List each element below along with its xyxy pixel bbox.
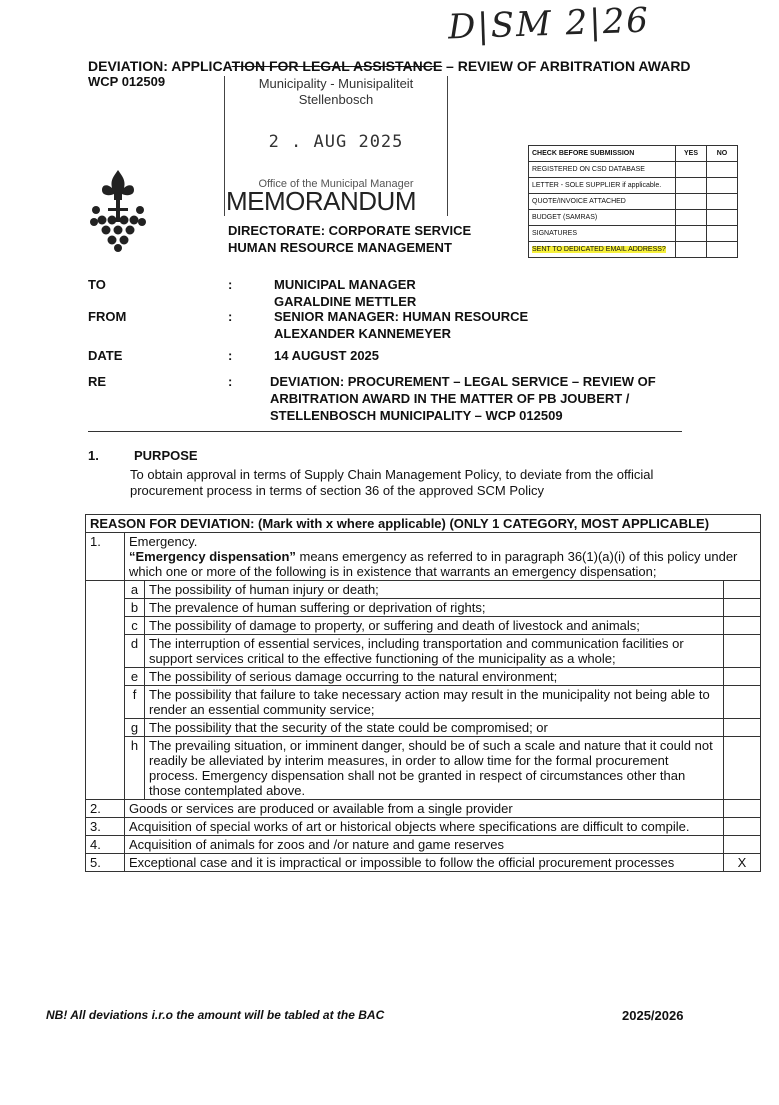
document-title: DEVIATION: APPLICATION FOR LEGAL ASSISTA… (88, 58, 691, 74)
stamp-line-2: Stellenbosch (225, 92, 447, 107)
from-line-2: ALEXANDER KANNEMEYER (274, 325, 528, 342)
checklist-item-cell: SENT TO DEDICATED EMAIL ADDRESS? (529, 242, 676, 258)
checklist-no-cell[interactable] (707, 226, 738, 242)
field-colon: : (228, 347, 232, 364)
title-suffix: – REVIEW OF ARBITRATION AWARD (442, 58, 690, 74)
checklist-row: SIGNATURES (529, 226, 738, 242)
reason-header: REASON FOR DEVIATION: (Mark with x where… (86, 515, 761, 533)
sub-item-text: The possibility that failure to take nec… (145, 686, 724, 719)
checklist-yes-cell[interactable] (676, 226, 707, 242)
checklist-header-row: CHECK BEFORE SUBMISSION YES NO (529, 146, 738, 162)
field-value-date: 14 AUGUST 2025 (274, 347, 379, 364)
reason-text: Exceptional case and it is impractical o… (125, 854, 724, 872)
emergency-title: Emergency. (129, 534, 756, 549)
checklist-no-cell[interactable] (707, 210, 738, 226)
reason-row: 4.Acquisition of animals for zoos and /o… (86, 836, 761, 854)
blank-cell (86, 668, 125, 686)
reason-text: Goods or services are produced or availa… (125, 800, 724, 818)
checklist-yes-cell[interactable] (676, 242, 707, 258)
sub-item-row: dThe interruption of essential services,… (86, 635, 761, 668)
field-label-re: RE (88, 373, 106, 390)
reason-text: Acquisition of animals for zoos and /or … (125, 836, 724, 854)
re-line-3: STELLENBOSCH MUNICIPALITY – WCP 012509 (270, 407, 656, 424)
sub-item-row: aThe possibility of human injury or deat… (86, 581, 761, 599)
emergency-definition: “Emergency dispensation” means emergency… (129, 549, 756, 579)
checklist-yes-cell[interactable] (676, 194, 707, 210)
emergency-term: “Emergency dispensation” (129, 549, 296, 564)
financial-year: 2025/2026 (622, 1008, 683, 1023)
from-line-1: SENIOR MANAGER: HUMAN RESOURCE (274, 308, 528, 325)
mark-cell[interactable] (724, 668, 761, 686)
directorate-line-1: DIRECTORATE: CORPORATE SERVICE (228, 222, 471, 239)
mark-cell[interactable] (724, 635, 761, 668)
mark-cell[interactable]: X (724, 854, 761, 872)
sub-item-letter: g (125, 719, 145, 737)
sub-item-letter: h (125, 737, 145, 800)
sub-item-row: bThe prevalence of human suffering or de… (86, 599, 761, 617)
checklist-yes-cell[interactable] (676, 210, 707, 226)
sub-item-row: gThe possibility that the security of th… (86, 719, 761, 737)
mark-cell[interactable] (724, 800, 761, 818)
mark-cell[interactable] (724, 737, 761, 800)
row-number: 1. (86, 533, 125, 581)
reason-row: 2.Goods or services are produced or avai… (86, 800, 761, 818)
re-line-2: ARBITRATION AWARD IN THE MATTER OF PB JO… (270, 390, 656, 407)
sub-item-row: hThe prevailing situation, or imminent d… (86, 737, 761, 800)
directorate-line-2: HUMAN RESOURCE MANAGEMENT (228, 239, 471, 256)
blank-cell (86, 581, 125, 599)
field-colon: : (228, 276, 232, 293)
row-number: 5. (86, 854, 125, 872)
checklist-row: BUDGET (SAMRAS) (529, 210, 738, 226)
municipal-crest-icon (88, 168, 148, 252)
reason-text: Acquisition of special works of art or h… (125, 818, 724, 836)
row-number: 3. (86, 818, 125, 836)
reason-row: 3.Acquisition of special works of art or… (86, 818, 761, 836)
sub-item-letter: f (125, 686, 145, 719)
emergency-description: Emergency. “Emergency dispensation” mean… (125, 533, 761, 581)
field-colon: : (228, 373, 232, 390)
emergency-row: 1. Emergency. “Emergency dispensation” m… (86, 533, 761, 581)
sub-item-text: The possibility of human injury or death… (145, 581, 724, 599)
sub-item-letter: e (125, 668, 145, 686)
blank-cell (86, 599, 125, 617)
checklist-item-label: QUOTE/INVOICE ATTACHED (529, 194, 676, 210)
checklist-header-no: NO (707, 146, 738, 162)
sub-item-text: The possibility that the security of the… (145, 719, 724, 737)
field-label-date: DATE (88, 347, 122, 364)
purpose-text: To obtain approval in terms of Supply Ch… (130, 467, 690, 499)
checklist-header-item: CHECK BEFORE SUBMISSION (529, 146, 676, 162)
blank-cell (86, 686, 125, 719)
handwritten-reference: D|SM 2|26 (447, 0, 650, 47)
reason-for-deviation-table: REASON FOR DEVIATION: (Mark with x where… (85, 514, 761, 872)
checklist-no-cell[interactable] (707, 242, 738, 258)
footer-note: NB! All deviations i.r.o the amount will… (46, 1008, 384, 1022)
mark-cell[interactable] (724, 719, 761, 737)
re-line-1: DEVIATION: PROCUREMENT – LEGAL SERVICE –… (270, 373, 656, 390)
sub-item-text: The prevalence of human suffering or dep… (145, 599, 724, 617)
purpose-heading: PURPOSE (134, 448, 198, 463)
mark-cell[interactable] (724, 617, 761, 635)
stamp-line-1: Municipality - Munisipaliteit (225, 76, 447, 91)
checklist-item-label-highlighted: SENT TO DEDICATED EMAIL ADDRESS? (532, 246, 666, 253)
mark-cell[interactable] (724, 581, 761, 599)
sub-item-letter: d (125, 635, 145, 668)
blank-cell (86, 617, 125, 635)
mark-cell[interactable] (724, 686, 761, 719)
sub-item-letter: c (125, 617, 145, 635)
blank-cell (86, 737, 125, 800)
title-prefix: DEVIATION: APPLICA (88, 58, 232, 74)
stamp-date: 2 . AUG 2025 (225, 132, 447, 152)
field-value-to: MUNICIPAL MANAGER GARALDINE METTLER (274, 276, 416, 310)
field-label-from: FROM (88, 308, 126, 325)
field-value-re: DEVIATION: PROCUREMENT – LEGAL SERVICE –… (270, 373, 656, 424)
sub-item-row: cThe possibility of damage to property, … (86, 617, 761, 635)
sub-item-text: The possibility of damage to property, o… (145, 617, 724, 635)
purpose-number: 1. (88, 448, 99, 463)
checklist-header-yes: YES (676, 146, 707, 162)
mark-cell[interactable] (724, 818, 761, 836)
checklist-no-cell[interactable] (707, 194, 738, 210)
reason-row: 5.Exceptional case and it is impractical… (86, 854, 761, 872)
submission-checklist: CHECK BEFORE SUBMISSION YES NO REGISTERE… (528, 145, 738, 258)
checklist-yes-cell[interactable] (676, 162, 707, 178)
section-divider (88, 431, 682, 432)
row-number: 2. (86, 800, 125, 818)
title-struck: TION FOR LEGAL ASSISTANCE (232, 58, 443, 74)
checklist-row: SENT TO DEDICATED EMAIL ADDRESS? (529, 242, 738, 258)
reason-header-row: REASON FOR DEVIATION: (Mark with x where… (86, 515, 761, 533)
checklist-item-label: SIGNATURES (529, 226, 676, 242)
checklist-item-label: LETTER - SOLE SUPPLIER if applicable. (529, 178, 676, 194)
checklist-yes-cell[interactable] (676, 178, 707, 194)
sub-item-row: eThe possibility of serious damage occur… (86, 668, 761, 686)
sub-item-text: The prevailing situation, or imminent da… (145, 737, 724, 800)
field-colon: : (228, 308, 232, 325)
blank-cell (86, 635, 125, 668)
checklist-row: LETTER - SOLE SUPPLIER if applicable. (529, 178, 738, 194)
to-line-1: MUNICIPAL MANAGER (274, 276, 416, 293)
blank-cell (86, 719, 125, 737)
checklist-no-cell[interactable] (707, 178, 738, 194)
sub-item-row: fThe possibility that failure to take ne… (86, 686, 761, 719)
checklist-row: QUOTE/INVOICE ATTACHED (529, 194, 738, 210)
sub-item-text: The interruption of essential services, … (145, 635, 724, 668)
document-reference: WCP 012509 (88, 74, 165, 89)
field-label-to: TO (88, 276, 106, 293)
row-number: 4. (86, 836, 125, 854)
directorate: DIRECTORATE: CORPORATE SERVICE HUMAN RES… (228, 222, 471, 256)
field-value-from: SENIOR MANAGER: HUMAN RESOURCE ALEXANDER… (274, 308, 528, 342)
mark-cell[interactable] (724, 836, 761, 854)
sub-item-letter: b (125, 599, 145, 617)
checklist-item-label: REGISTERED ON CSD DATABASE (529, 162, 676, 178)
checklist-no-cell[interactable] (707, 162, 738, 178)
checklist-item-label: BUDGET (SAMRAS) (529, 210, 676, 226)
mark-cell[interactable] (724, 599, 761, 617)
sub-item-letter: a (125, 581, 145, 599)
memorandum-heading: MEMORANDUM (226, 186, 416, 217)
sub-item-text: The possibility of serious damage occurr… (145, 668, 724, 686)
checklist-row: REGISTERED ON CSD DATABASE (529, 162, 738, 178)
